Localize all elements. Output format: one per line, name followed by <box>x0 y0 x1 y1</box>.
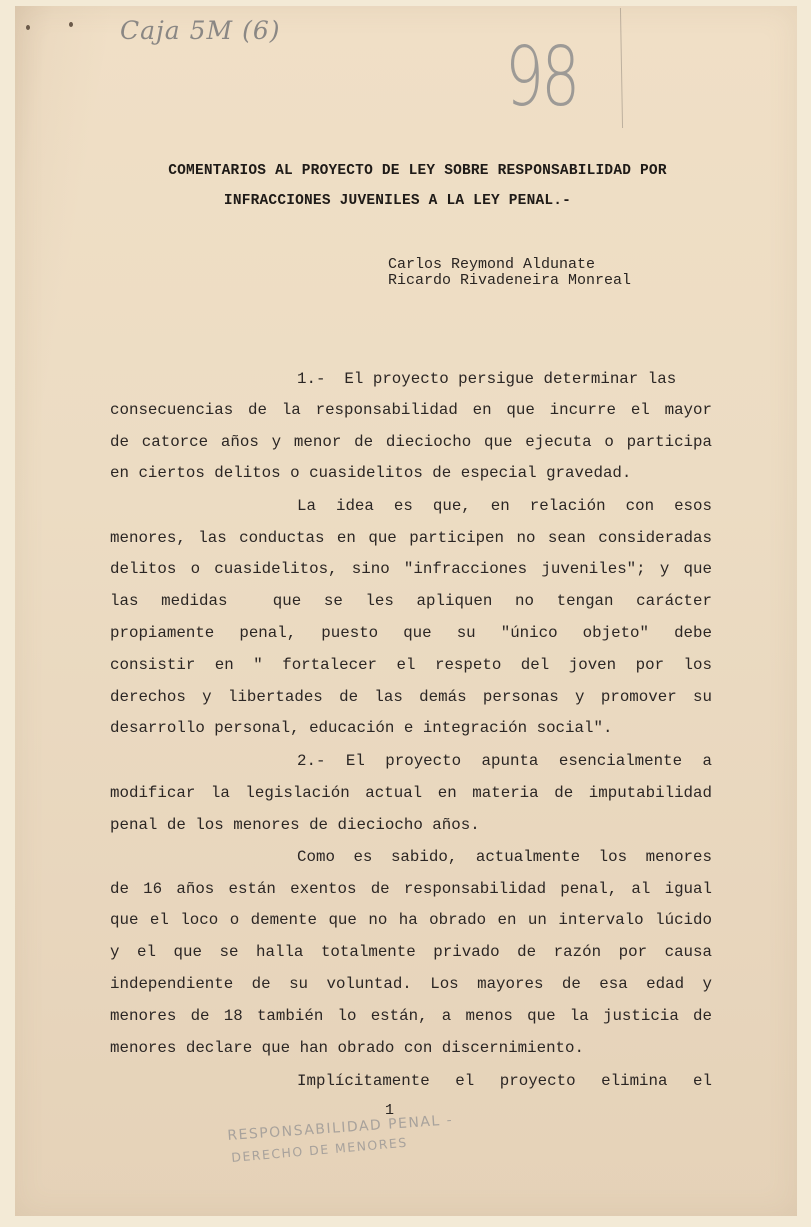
author-name: Ricardo Rivadeneira Monreal <box>388 273 631 289</box>
text-line: modificar la legislación actual en mater… <box>110 783 712 803</box>
handwritten-folio-number: 98 <box>505 30 577 125</box>
text-line: Como es sabido, actualmente los menores <box>297 847 712 867</box>
text-line: consistir en " fortalecer el respeto del… <box>110 655 712 675</box>
text-line: las medidas que se les apliquen no tenga… <box>110 591 712 611</box>
text-line: en ciertos delitos o cuasidelitos de esp… <box>110 463 712 483</box>
document-title-line-2: INFRACCIONES JUVENILES A LA LEY PENAL.- <box>0 193 803 209</box>
text-line: de catorce años y menor de dieciocho que… <box>110 432 712 452</box>
text-line: que el loco o demente que no ha obrado e… <box>110 910 712 930</box>
authors-block: Carlos Reymond Aldunate Ricardo Rivadene… <box>388 257 631 288</box>
text-line: 1.- El proyecto persigue determinar las <box>297 369 712 389</box>
document-title-line-1: COMENTARIOS AL PROYECTO DE LEY SOBRE RES… <box>12 163 811 179</box>
text-line: propiamente penal, puesto que su "único … <box>110 623 712 643</box>
text-line: penal de los menores de dieciocho años. <box>110 815 712 835</box>
text-line: de 16 años están exentos de responsabili… <box>110 879 712 899</box>
text-line: menores, las conductas en que participen… <box>110 528 712 548</box>
document-page <box>15 6 797 1216</box>
staple-marks <box>26 24 76 32</box>
text-line: menores declare que han obrado con disce… <box>110 1038 712 1058</box>
text-line: delitos o cuasidelitos, sino "infraccion… <box>110 559 712 579</box>
text-line: desarrollo personal, educación e integra… <box>110 718 712 738</box>
text-line: menores de 18 también lo están, a menos … <box>110 1006 712 1026</box>
text-line: consecuencias de la responsabilidad en q… <box>110 400 712 420</box>
text-line: La idea es que, en relación con esos <box>297 496 712 516</box>
text-line: derechos y libertades de las demás perso… <box>110 687 712 707</box>
text-line: independiente de su voluntad. Los mayore… <box>110 974 712 994</box>
text-line: y el que se halla totalmente privado de … <box>110 942 712 962</box>
text-line: 2.- El proyecto apunta esencialmente a <box>297 751 712 771</box>
author-name: Carlos Reymond Aldunate <box>388 257 631 273</box>
text-line: Implícitamente el proyecto elimina el <box>297 1071 712 1091</box>
handwritten-box-label: Caja 5M (6) <box>120 16 281 45</box>
